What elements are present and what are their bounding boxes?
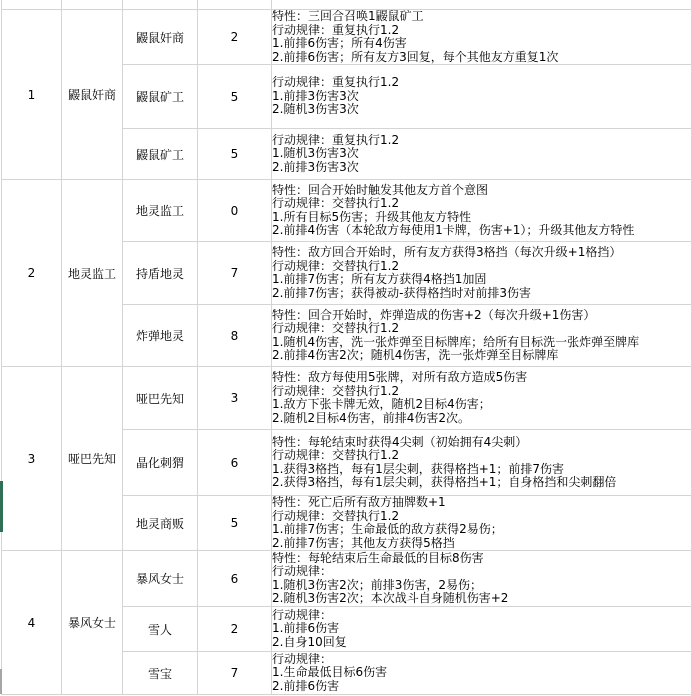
table-row: 2 地灵监工 地灵监工 0 特性：回合开始时触发其他友方首个意图 行动规律：交替…	[2, 180, 691, 242]
monster-rules-cell[interactable]: 行动规律： 1.前排6伤害 2.自身10回复	[272, 607, 691, 652]
monster-speed-cell[interactable]: 5	[198, 65, 272, 129]
group-boss-cell[interactable]: 鼹鼠奸商	[62, 10, 123, 180]
group-index-cell[interactable]: 4	[2, 551, 62, 695]
monster-rules-cell[interactable]: 行动规律：重复执行1.2 1.随机3伤害3次 2.前排3伤害3次	[272, 129, 691, 180]
monster-speed-cell[interactable]: 6	[198, 430, 272, 496]
monster-rules-cell[interactable]: 特性：敌方回合开始时，所有友方获得3格挡（每次升级+1格挡） 行动规律：交替执行…	[272, 242, 691, 305]
monster-name-cell[interactable]: 鼹鼠奸商	[123, 10, 198, 65]
monster-speed-cell[interactable]: 7	[198, 242, 272, 305]
green-selection-marker	[0, 481, 3, 532]
monster-rules-cell[interactable]: 特性：死亡后所有敌方抽牌数+1 行动规律：交替执行1.2 1.前排7伤害；生命最…	[272, 496, 691, 551]
group-boss-cell[interactable]: 地灵监工	[62, 180, 123, 367]
monster-name-cell[interactable]: 地灵商贩	[123, 496, 198, 551]
monster-rules-cell[interactable]: 特性：敌方每使用5张牌，对所有敌方造成5伤害 行动规律：交替执行1.2 1.敌方…	[272, 367, 691, 430]
monster-rules-cell[interactable]: 特性：回合开始时触发其他友方首个意图 行动规律：交替执行1.2 1.所有目标5伤…	[272, 180, 691, 242]
group-boss-cell[interactable]: 哑巴先知	[62, 367, 123, 551]
monster-name-cell[interactable]: 地灵监工	[123, 180, 198, 242]
group-index-cell[interactable]: 3	[2, 367, 62, 551]
col-header-monster-name[interactable]: 怪物名称	[123, 0, 198, 10]
monster-speed-cell[interactable]: 7	[198, 652, 272, 695]
monster-speed-cell[interactable]: 0	[198, 180, 272, 242]
monster-rules-cell[interactable]: 行动规律： 1.生命最低目标6伤害 2.前排6伤害	[272, 652, 691, 695]
monster-rules-cell[interactable]: 特性：每轮结束后生命最低的目标8伤害 行动规律： 1.随机3伤害2次；前排3伤害…	[272, 551, 691, 607]
monster-name-cell[interactable]: 炸弹地灵	[123, 305, 198, 367]
group-boss-cell[interactable]: 暴风女士	[62, 551, 123, 695]
col-header-main-monster[interactable]: 主要怪物	[62, 0, 123, 10]
monster-name-cell[interactable]: 鼹鼠矿工	[123, 129, 198, 180]
monster-speed-cell[interactable]: 5	[198, 129, 272, 180]
col-header-speed[interactable]: 速度	[198, 0, 272, 10]
monster-rules-cell[interactable]: 行动规律：重复执行1.2 1.前排3伤害3次 2.随机3伤害3次	[272, 65, 691, 129]
monster-table: 序号 主要怪物 怪物名称 速度 行动规律与特性 1 鼹鼠奸商 鼹鼠奸商 2 特性…	[1, 0, 691, 695]
monster-name-cell[interactable]: 鼹鼠矿工	[123, 65, 198, 129]
monster-rules-cell[interactable]: 特性：回合开始时，炸弹造成的伤害+2（每次升级+1伤害） 行动规律：交替执行1.…	[272, 305, 691, 367]
monster-name-cell[interactable]: 晶化刺猬	[123, 430, 198, 496]
header-row: 序号 主要怪物 怪物名称 速度 行动规律与特性	[2, 0, 691, 10]
monster-speed-cell[interactable]: 5	[198, 496, 272, 551]
table-row: 1 鼹鼠奸商 鼹鼠奸商 2 特性：三回合召唤1鼹鼠矿工 行动规律：重复执行1.2…	[2, 10, 691, 65]
monster-name-cell[interactable]: 哑巴先知	[123, 367, 198, 430]
monster-speed-cell[interactable]: 2	[198, 10, 272, 65]
group-index-cell[interactable]: 2	[2, 180, 62, 367]
table-row: 4 暴风女士 暴风女士 6 特性：每轮结束后生命最低的目标8伤害 行动规律： 1…	[2, 551, 691, 607]
monster-rules-cell[interactable]: 特性：每轮结束时获得4尖刺（初始拥有4尖刺） 行动规律：交替执行1.2 1.获得…	[272, 430, 691, 496]
group-index-cell[interactable]: 1	[2, 10, 62, 180]
gray-edge-marker	[0, 669, 2, 694]
monster-speed-cell[interactable]: 6	[198, 551, 272, 607]
monster-name-cell[interactable]: 持盾地灵	[123, 242, 198, 305]
monster-speed-cell[interactable]: 8	[198, 305, 272, 367]
spreadsheet-viewport: 序号 主要怪物 怪物名称 速度 行动规律与特性 1 鼹鼠奸商 鼹鼠奸商 2 特性…	[0, 0, 691, 696]
monster-speed-cell[interactable]: 2	[198, 607, 272, 652]
monster-speed-cell[interactable]: 3	[198, 367, 272, 430]
monster-name-cell[interactable]: 雪人	[123, 607, 198, 652]
monster-name-cell[interactable]: 雪宝	[123, 652, 198, 695]
col-header-index[interactable]: 序号	[2, 0, 62, 10]
monster-name-cell[interactable]: 暴风女士	[123, 551, 198, 607]
col-header-rules[interactable]: 行动规律与特性	[272, 0, 691, 10]
table-row: 3 哑巴先知 哑巴先知 3 特性：敌方每使用5张牌，对所有敌方造成5伤害 行动规…	[2, 367, 691, 430]
monster-rules-cell[interactable]: 特性：三回合召唤1鼹鼠矿工 行动规律：重复执行1.2 1.前排6伤害；所有4伤害…	[272, 10, 691, 65]
